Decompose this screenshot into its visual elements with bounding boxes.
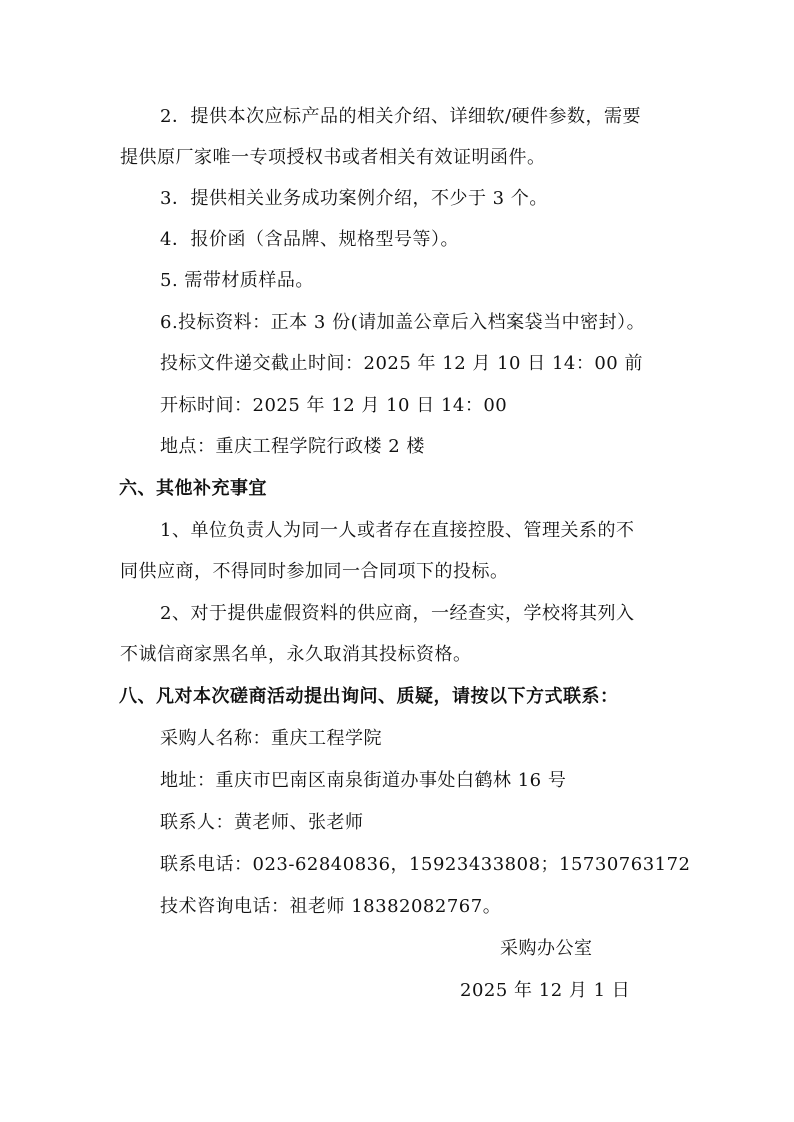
section6-line4: 不诚信商家黑名单，永久取消其投标资格。 (120, 643, 472, 667)
address: 地址：重庆市巴南区南泉街道办事处白鹤林 16 号 (160, 769, 566, 793)
item-6: 6.投标资料：正本 3 份(请加盖公章后入档案袋当中密封）。 (160, 311, 645, 335)
item-5: 5. 需带材质样品。 (160, 269, 314, 293)
contact-person: 联系人：黄老师、张老师 (160, 811, 364, 835)
contact-phone: 联系电话：023-62840836，15923433808；1573076317… (160, 853, 691, 877)
signature-office: 采购办公室 (500, 937, 593, 961)
purchaser-name: 采购人名称：重庆工程学院 (160, 727, 382, 751)
tech-phone: 技术咨询电话：祖老师 18382082767。 (160, 895, 501, 919)
item-4: 4．报价函（含品牌、规格型号等）。 (160, 228, 459, 252)
location: 地点：重庆工程学院行政楼 2 楼 (160, 435, 425, 459)
deadline: 投标文件递交截止时间：2025 年 12 月 10 日 14：00 前 (160, 352, 643, 376)
opening-time: 开标时间：2025 年 12 月 10 日 14：00 (160, 394, 507, 418)
section6-line2: 同供应商，不得同时参加同一合同项下的投标。 (120, 560, 509, 584)
item-2-line1: 2．提供本次应标产品的相关介绍、详细软/硬件参数，需要 (160, 105, 641, 129)
section6-line1: 1、单位负责人为同一人或者存在直接控股、管理关系的不 (160, 519, 634, 543)
section8-heading: 八、凡对本次磋商活动提出询问、质疑，请按以下方式联系： (119, 685, 619, 709)
signature-date: 2025 年 12 月 1 日 (460, 979, 630, 1003)
item-3: 3．提供相关业务成功案例介绍，不少于 3 个。 (160, 187, 548, 211)
item-2-line2: 提供原厂家唯一专项授权书或者相关有效证明函件。 (120, 146, 546, 170)
section6-heading: 六、其他补充事宜 (119, 477, 267, 501)
section6-line3: 2、对于提供虚假资料的供应商，一经查实，学校将其列入 (160, 602, 634, 626)
